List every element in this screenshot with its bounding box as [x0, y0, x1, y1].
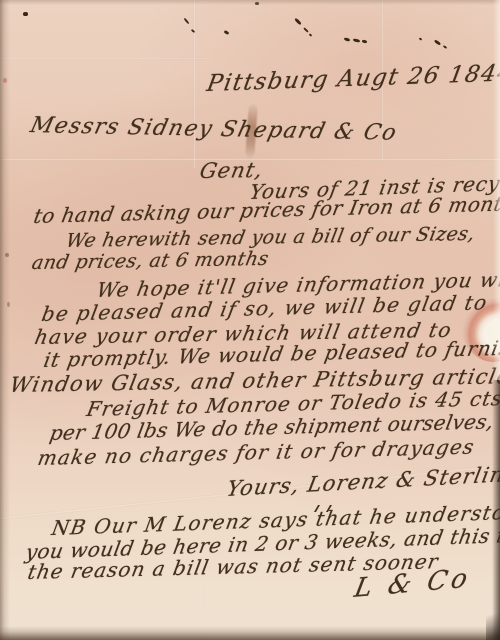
letter-body-line: to hand asking our prices for Iron at 6 …: [32, 193, 500, 227]
ink-spatter: [443, 45, 447, 49]
letter-body-line: We herewith send you a bill of our Sizes…: [64, 225, 477, 252]
ink-spatter: [191, 29, 195, 33]
ink-spatter: [344, 37, 351, 42]
ink-spatter: [294, 18, 302, 26]
red-speck: [3, 78, 7, 83]
ink-spatter: [303, 27, 309, 33]
ink-spatter: [362, 39, 368, 43]
scan-corner-bottom-right: [486, 606, 500, 640]
scan-edge-left: [0, 0, 10, 640]
ink-spatter: [224, 30, 230, 35]
letter-dateline: Pittsburg Augt 26 1844: [205, 61, 500, 96]
letter-salutation: Gent,: [198, 159, 265, 182]
scan-edge-bottom: [0, 626, 500, 640]
ink-spatter: [255, 2, 259, 5]
edge-speck: [7, 302, 10, 307]
letter-signature: Yours, Lorenz & Sterling: [225, 462, 500, 500]
letter-body-line: and prices, at 6 months: [30, 250, 270, 274]
letter-sheet: Pittsburg Augt 26 1844 Messrs Sidney She…: [0, 0, 500, 640]
ink-spatter: [23, 12, 28, 16]
scan-edge-top: [0, 0, 500, 5]
fold-crease-horizontal-top-left: [0, 57, 210, 60]
fold-crease-vertical-left: [193, 0, 196, 168]
ink-spatter: [183, 18, 189, 25]
ink-spatter: [353, 38, 361, 43]
ink-spatter: [309, 33, 313, 37]
ink-spatter: [419, 37, 423, 40]
letter-addressee: Messrs Sidney Shepard & Co: [28, 114, 400, 145]
ink-spatter: [434, 39, 441, 45]
edge-speck: [5, 253, 9, 257]
